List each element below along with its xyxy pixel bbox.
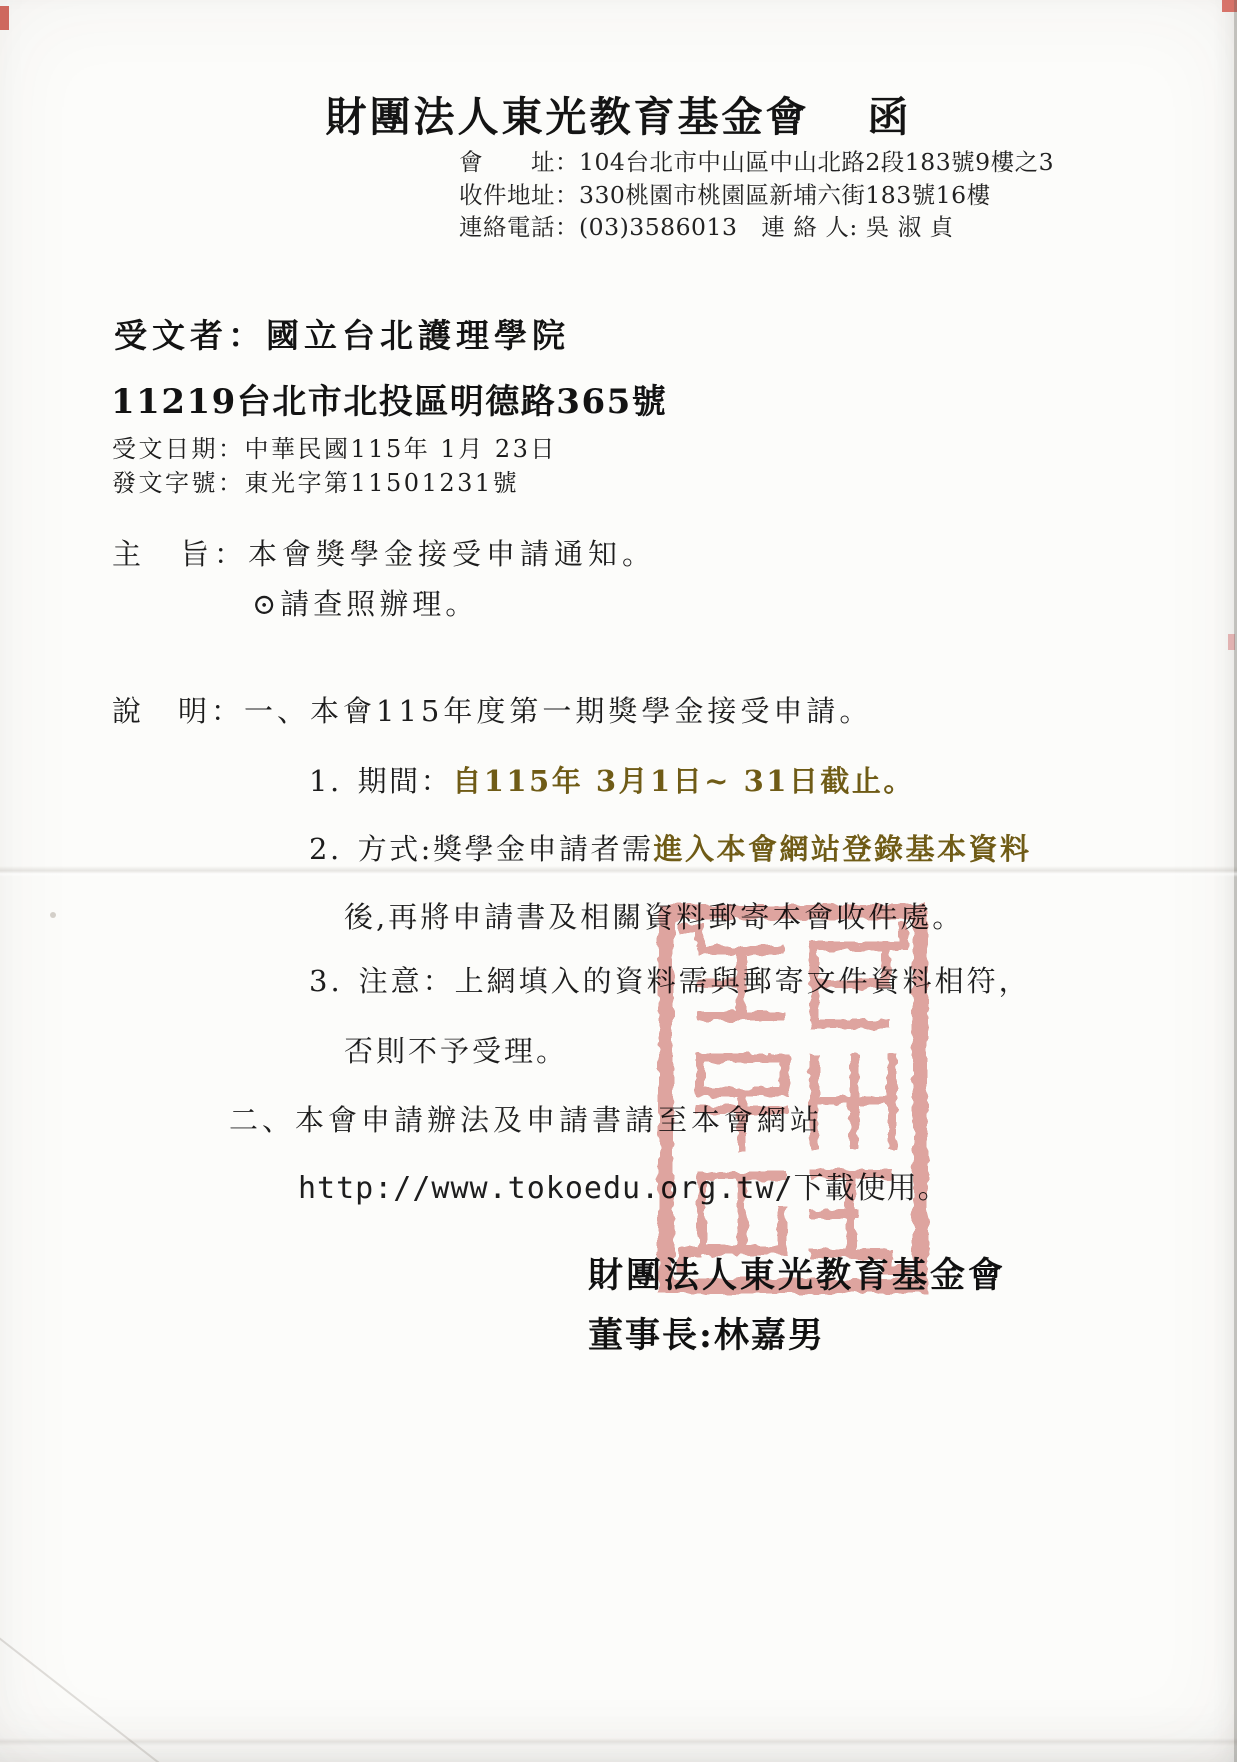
recipient-line: 受文者：國立台北護理學院	[114, 310, 570, 357]
list-item-1-number: 1.	[309, 764, 342, 798]
recipient-address-line: 11219台北市北投區明德路365號	[111, 374, 667, 423]
letter-title: 財團法人東光教育基金會 函	[0, 84, 1237, 143]
list-item-2: 2.方式:獎學金申請者需進入本會網站登錄基本資料	[309, 827, 1031, 868]
contact-phone-line: 連絡電話：(03)3586013 連 絡 人: 吳 淑 貞	[459, 211, 1054, 244]
doc-type-title: 函	[868, 84, 912, 143]
list-item-1: 1.期間：自115年 3月1日~ 31日截止。	[309, 759, 915, 800]
foundation-seal	[652, 898, 934, 1300]
list-item-3-continuation: 否則不予受理。	[344, 1029, 568, 1070]
fold-crease-bottom	[0, 1738, 1237, 1746]
mailing-address-line: 收件地址：330桃園市桃園區新埔六街183號16樓	[459, 179, 1054, 212]
signature-org-line: 財團法人東光教育基金會	[588, 1248, 1006, 1298]
scan-artifact-left-dot	[50, 912, 56, 918]
org-name-title: 財團法人東光教育基金會	[326, 84, 810, 143]
scanned-letter-page: 財團法人東光教育基金會 函 會 址：104台北市中山區中山北路2段183號9樓之…	[0, 0, 1237, 1762]
scan-artifact-red-top-left	[0, 6, 9, 30]
explanation-intro-line: 說 明：一、本會115年度第一期獎學金接受申請。	[112, 689, 872, 730]
list-item-2-highlight: 進入本會網站登錄基本資料	[653, 832, 1031, 866]
subject-line: 主 旨：本會獎學金接受申請通知。	[112, 532, 656, 573]
received-date-line: 受文日期：中華民國115年 1月 23日	[112, 429, 557, 464]
list-item-3-number: 3.	[309, 964, 343, 998]
red-seal-stamp-icon	[652, 898, 934, 1300]
list-item-2-number: 2.	[309, 832, 342, 866]
header-info-block: 會 址：104台北市中山區中山北路2段183號9樓之3 收件地址：330桃園市桃…	[459, 146, 1054, 244]
signature-chairman-line: 董事長:林嘉男	[588, 1308, 825, 1358]
list-item-1-text: 期間：	[358, 764, 453, 798]
list-item-2-text: 方式:獎學金申請者需	[358, 832, 654, 866]
reference-number-line: 發文字號：東光字第11501231號	[112, 463, 519, 498]
subject-note-line: ⊙請查照辦理。	[252, 582, 478, 623]
org-address-line: 會 址：104台北市中山區中山北路2段183號9樓之3	[459, 146, 1054, 179]
list-item-1-highlight: 自115年 3月1日~ 31日截止。	[452, 764, 915, 798]
